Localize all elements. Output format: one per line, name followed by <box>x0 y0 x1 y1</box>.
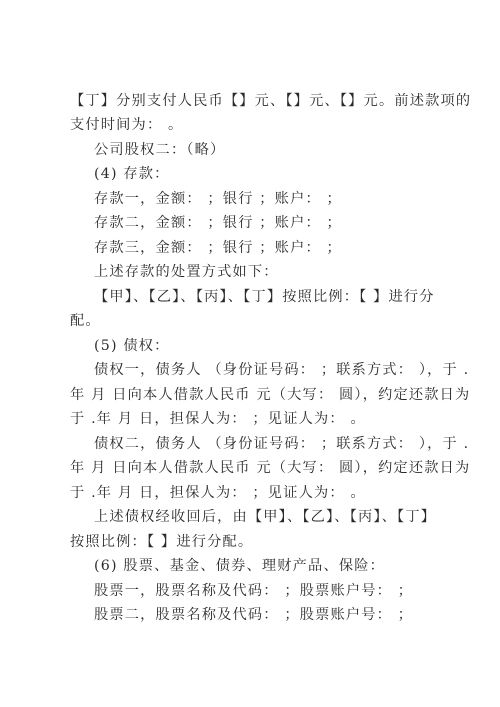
deposit-line-2: 存款二，金额： ；银行 ；账户： ； <box>94 213 342 233</box>
text-line-9: 【甲】、【乙】、【丙】、【丁】按照比例：【 】进行分 <box>94 287 435 307</box>
text-line-18: 上述债权经收回后，由【甲】、【乙】、【丙】、【丁】 <box>94 507 436 527</box>
text-line-8: 上述存款的处置方式如下： <box>94 262 279 282</box>
section-heading-deposits: (4) 存款： <box>94 164 170 184</box>
claim-2-line-1: 债权二，债务人 （身份证号码： ；联系方式： ），于 . <box>94 434 469 454</box>
deposit-line-3: 存款三，金额： ；银行 ；账户： ； <box>94 238 342 258</box>
claim-1-line-1: 债权一，债务人 （身份证号码： ；联系方式： ），于 . <box>94 360 469 380</box>
text-line-10: 配。 <box>70 311 101 331</box>
section-heading-securities: (6) 股票、基金、债券、理财产品、保险： <box>94 556 385 576</box>
text-line-2: 支付时间为： 。 <box>70 115 183 135</box>
text-line-19: 按照比例：【 】进行分配。 <box>70 532 253 552</box>
section-heading-claims: (5) 债权： <box>94 336 170 356</box>
text-line-3: 公司股权二：（略） <box>94 140 225 160</box>
claim-1-line-2: 年 月 日向本人借款人民币 元（大写： 圆），约定还款日为 <box>70 385 470 405</box>
claim-2-line-2: 年 月 日向本人借款人民币 元（大写： 圆），约定还款日为 <box>70 458 470 478</box>
claim-2-line-3: 于 .年 月 日，担保人为： ；见证人为： 。 <box>70 483 366 503</box>
deposit-line-1: 存款一，金额： ；银行 ；账户： ； <box>94 189 342 209</box>
stock-line-2: 股票二，股票名称及代码： ；股票账户号： ； <box>94 605 413 625</box>
document-page: 【丁】分别支付人民币【】元、【】元、【】元。前述款项的 支付时间为： 。 公司股… <box>0 0 500 707</box>
text-line-1: 【丁】分别支付人民币【】元、【】元、【】元。前述款项的 <box>70 91 471 111</box>
stock-line-1: 股票一，股票名称及代码： ；股票账户号： ； <box>94 581 413 601</box>
claim-1-line-3: 于 .年 月 日，担保人为： ；见证人为： 。 <box>70 409 366 429</box>
